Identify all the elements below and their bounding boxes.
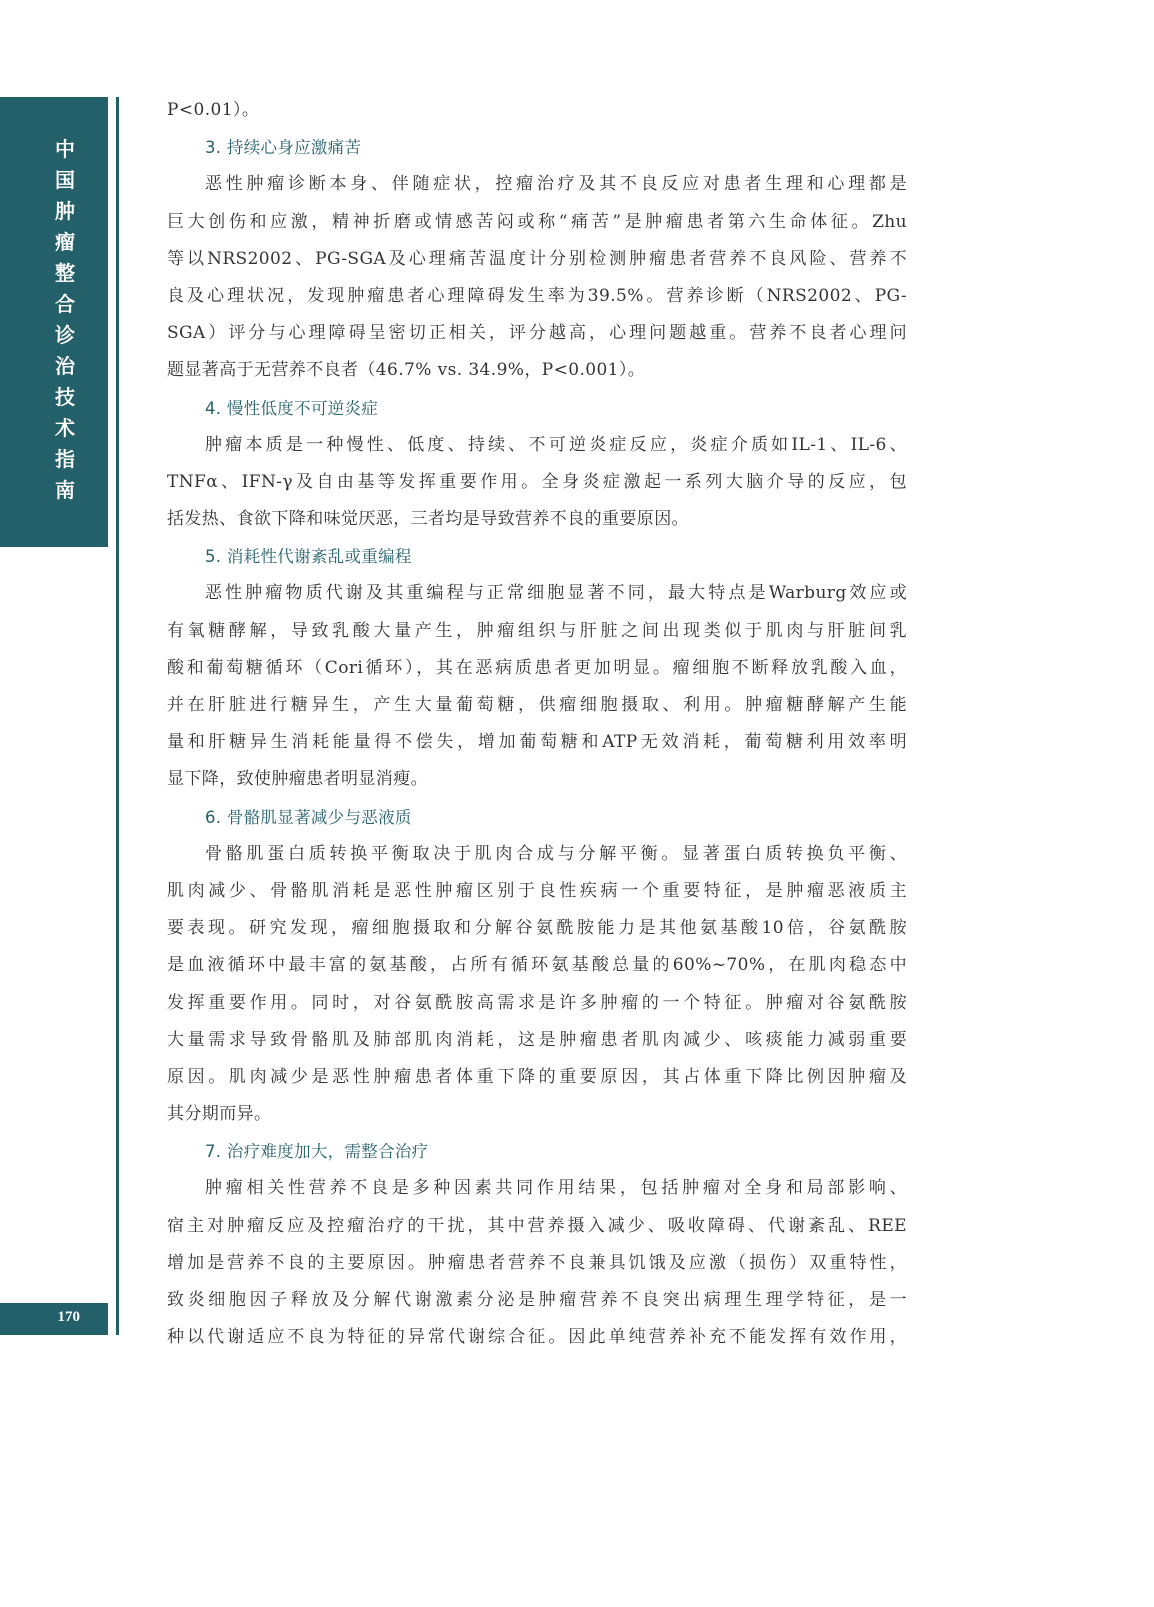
section-heading: 4. 慢性低度不可逆炎症 — [167, 390, 907, 427]
section-heading: 5. 消耗性代谢紊乱或重编程 — [167, 538, 907, 575]
paragraph-line: 是血液循环中最丰富的氨基酸，占所有循环氨基酸总量的60%~70%，在肌肉稳态中 — [167, 947, 907, 984]
paragraph-line: 酸和葡萄糖循环（Cori循环），其在恶病质患者更加明显。瘤细胞不断释放乳酸入血， — [167, 650, 907, 687]
paragraph-line: 恶性肿瘤物质代谢及其重编程与正常细胞显著不同，最大特点是Warburg效应或 — [167, 575, 907, 612]
book-title-char: 瘤 — [55, 227, 75, 258]
paragraph-line: 等以NRS2002、PG-SGA及心理痛苦温度计分别检测肿瘤患者营养不良风险、营… — [167, 241, 907, 278]
book-title-char: 技 — [55, 382, 75, 413]
margin-rule — [116, 97, 119, 1335]
paragraph-line: TNFα、IFN-γ及自由基等发挥重要作用。全身炎症激起一系列大脑介导的反应，包 — [167, 464, 907, 501]
paragraph-line: 肿瘤相关性营养不良是多种因素共同作用结果，包括肿瘤对全身和局部影响、 — [167, 1170, 907, 1207]
book-title-vertical: 中国肿瘤整合诊治技术指南 — [52, 134, 78, 506]
book-title-char: 国 — [55, 165, 75, 196]
book-title-char: 南 — [55, 475, 75, 506]
paragraph-line: 原因。肌肉减少是恶性肿瘤患者体重下降的重要原因，其占体重下降比例因肿瘤及 — [167, 1059, 907, 1096]
paragraph-line: 其分期而异。 — [167, 1096, 907, 1133]
book-title-char: 指 — [55, 444, 75, 475]
paragraph-line: 显下降，致使肿瘤患者明显消瘦。 — [167, 761, 907, 798]
paragraph-line: 巨大创伤和应激，精神折磨或情感苦闷或称“痛苦”是肿瘤患者第六生命体征。Zhu — [167, 204, 907, 241]
section-heading: 7. 治疗难度加大，需整合治疗 — [167, 1133, 907, 1170]
paragraph-line: 宿主对肿瘤反应及控瘤治疗的干扰，其中营养摄入减少、吸收障碍、代谢紊乱、REE — [167, 1208, 907, 1245]
paragraph-line: 肿瘤本质是一种慢性、低度、持续、不可逆炎症反应，炎症介质如IL-1、IL-6、 — [167, 427, 907, 464]
paragraph-line: 骨骼肌蛋白质转换平衡取决于肌肉合成与分解平衡。显著蛋白质转换负平衡、 — [167, 836, 907, 873]
paragraph-line: P<0.01）。 — [167, 92, 907, 129]
paragraph-line: SGA）评分与心理障碍呈密切正相关，评分越高，心理问题越重。营养不良者心理问 — [167, 315, 907, 352]
paragraph-line: 恶性肿瘤诊断本身、伴随症状，控瘤治疗及其不良反应对患者生理和心理都是 — [167, 166, 907, 203]
section-heading: 3. 持续心身应激痛苦 — [167, 129, 907, 166]
book-title-char: 术 — [55, 413, 75, 444]
book-title-char: 整 — [55, 258, 75, 289]
paragraph-line: 要表现。研究发现，瘤细胞摄取和分解谷氨酰胺能力是其他氨基酸10倍，谷氨酰胺 — [167, 910, 907, 947]
page-number-box: 170 — [0, 1303, 108, 1335]
paragraph-line: 括发热、食欲下降和味觉厌恶，三者均是导致营养不良的重要原因。 — [167, 501, 907, 538]
paragraph-line: 大量需求导致骨骼肌及肺部肌肉消耗，这是肿瘤患者肌肉减少、咳痰能力减弱重要 — [167, 1022, 907, 1059]
book-title-char: 治 — [55, 351, 75, 382]
paragraph-line: 良及心理状况，发现肿瘤患者心理障碍发生率为39.5%。营养诊断（NRS2002、… — [167, 278, 907, 315]
section-heading: 6. 骨骼肌显著减少与恶液质 — [167, 799, 907, 836]
page-number: 170 — [58, 1309, 81, 1326]
paragraph-line: 种以代谢适应不良为特征的异常代谢综合征。因此单纯营养补充不能发挥有效作用， — [167, 1319, 907, 1356]
paragraph-line: 致炎细胞因子释放及分解代谢激素分泌是肿瘤营养不良突出病理生理学特征，是一 — [167, 1282, 907, 1319]
book-title-char: 诊 — [55, 320, 75, 351]
paragraph-line: 增加是营养不良的主要原因。肿瘤患者营养不良兼具饥饿及应激（损伤）双重特性， — [167, 1245, 907, 1282]
body-text: P<0.01）。3. 持续心身应激痛苦恶性肿瘤诊断本身、伴随症状，控瘤治疗及其不… — [167, 92, 907, 1356]
paragraph-line: 肌肉减少、骨骼肌消耗是恶性肿瘤区别于良性疾病一个重要特征，是肿瘤恶液质主 — [167, 873, 907, 910]
book-title-char: 中 — [55, 134, 75, 165]
book-title-char: 合 — [55, 289, 75, 320]
paragraph-line: 量和肝糖异生消耗能量得不偿失，增加葡萄糖和ATP无效消耗，葡萄糖利用效率明 — [167, 724, 907, 761]
paragraph-line: 题显著高于无营养不良者（46.7% vs. 34.9%，P<0.001）。 — [167, 352, 907, 389]
paragraph-line: 发挥重要作用。同时，对谷氨酰胺高需求是许多肿瘤的一个特征。肿瘤对谷氨酰胺 — [167, 985, 907, 1022]
paragraph-line: 并在肝脏进行糖异生，产生大量葡萄糖，供瘤细胞摄取、利用。肿瘤糖酵解产生能 — [167, 687, 907, 724]
paragraph-line: 有氧糖酵解，导致乳酸大量产生，肿瘤组织与肝脏之间出现类似于肌肉与肝脏间乳 — [167, 613, 907, 650]
book-title-char: 肿 — [55, 196, 75, 227]
